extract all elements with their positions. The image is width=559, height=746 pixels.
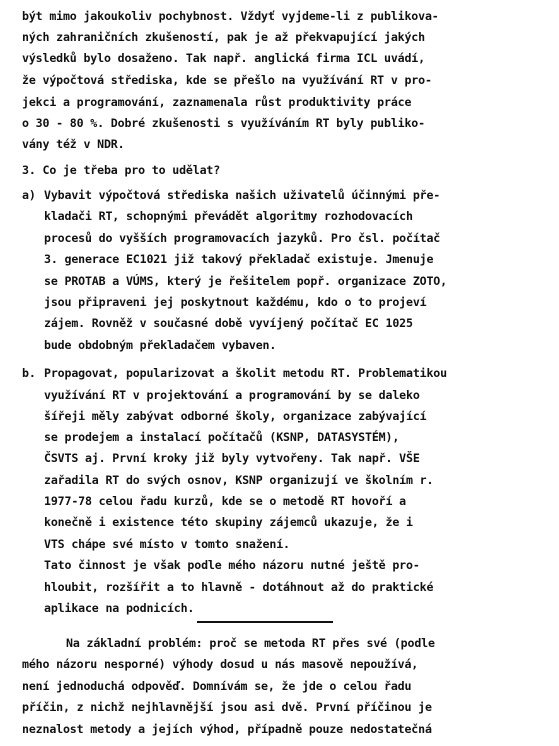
text-line: jekci a programování, zaznamenala růst p… xyxy=(22,95,411,109)
text-line: kladači RT, schopnými převádět algoritmy… xyxy=(44,209,413,223)
text-line: Vybavit výpočtová střediska našich uživa… xyxy=(44,188,440,202)
text-line: že výpočtová střediska, kde se přešlo na… xyxy=(22,73,432,87)
text-line: není jednoduchá odpověď. Domnívám se, že… xyxy=(22,679,411,693)
text-line: Tato činnost je však podle mého názoru n… xyxy=(44,558,420,572)
text-line: Propagovat, popularizovat a školit metod… xyxy=(44,366,447,380)
text-line: se prodejem a instalací počítačů (KSNP, … xyxy=(44,430,399,444)
text-line: výsledků bylo dosaženo. Tak např. anglic… xyxy=(22,51,425,65)
text-line: využívání RT v projektování a programová… xyxy=(44,388,420,402)
text-line: Na základní problém: proč se metoda RT p… xyxy=(66,636,435,650)
separator-rule xyxy=(197,621,333,623)
list-marker: a) xyxy=(22,188,36,202)
text-line: o 30 - 80 %. Dobré zkušenosti s využíván… xyxy=(22,116,425,130)
text-line: 3. generace EC1021 již takový překladač … xyxy=(44,252,433,266)
section-heading: 3. Co je třeba pro to udělat? xyxy=(22,163,220,177)
text-line: šířeji měly zabývat odborné školy, organ… xyxy=(44,409,426,423)
text-line: VTS chápe své místo v tomto snažení. xyxy=(44,537,290,551)
text-line: příčin, z nichž nejhlavnější jsou asi dv… xyxy=(22,700,432,714)
text-line: aplikace na podnicích. xyxy=(44,601,194,615)
document-page: být mimo jakoukoliv pochybnost. Vždyť vy… xyxy=(0,0,559,746)
text-line: vány též v NDR. xyxy=(22,137,124,151)
text-line: hloubit, rozšířit a to hlavně - dotáhnou… xyxy=(44,580,433,594)
text-line: konečně i existence této skupiny zájemců… xyxy=(44,515,413,529)
text-line: zařadila RT do svých osnov, KSNP organiz… xyxy=(44,473,433,487)
text-line: ných zahraničních zkušeností, pak je až … xyxy=(22,30,425,44)
text-line: ČSVTS aj. První kroky již byly vytvořeny… xyxy=(44,451,420,465)
text-line: být mimo jakoukoliv pochybnost. Vždyť vy… xyxy=(22,9,439,23)
text-line: mého názoru nesporné) výhody dosud u nás… xyxy=(22,657,418,671)
text-line: bude obdobným překladačem vybaven. xyxy=(44,338,276,352)
text-line: zájem. Rovněž v současné době vyvíjený p… xyxy=(44,316,413,330)
text-line: procesů do vyšších programovacích jazyků… xyxy=(44,231,440,245)
text-line: neznalost metody a jejích výhod, případn… xyxy=(22,722,432,736)
text-line: 1977-78 celou řadu kurzů, kde se o metod… xyxy=(44,494,406,508)
text-line: jsou připraveni jej poskytnout každému, … xyxy=(44,295,426,309)
list-marker: b. xyxy=(22,366,36,380)
text-line: se PROTAB a VÚMS, který je řešitelem pop… xyxy=(44,274,447,288)
